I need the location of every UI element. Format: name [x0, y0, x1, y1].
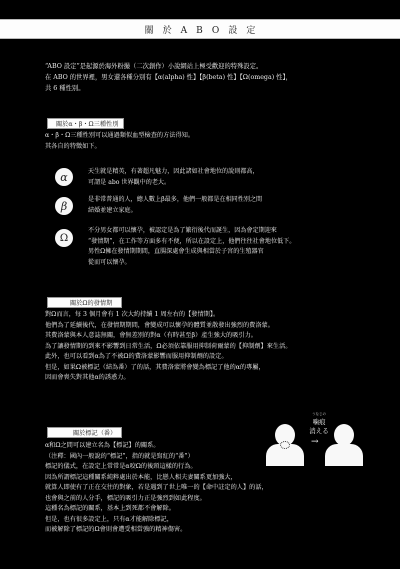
arrow-right-icon: →	[311, 437, 319, 447]
figure-caption-small: うなじの	[308, 412, 330, 417]
section-genders-text: α・β・Ω三種性別可以通過類似血型檢查的方法得知。 其各自的特徵如下。	[45, 131, 385, 152]
text-line: 可謂是 abo 世界觀中的老大。	[88, 178, 388, 189]
intro-line: 共 6 種性別。	[45, 83, 385, 94]
text-line: 就算人即使有了正在交往的對象，若是遇到了世上唯一的【命中註定的人】的話，	[45, 483, 385, 494]
omega-description: 不分男女都可以懷孕，被認定是為了繁衍後代而誕生，因為會定期迎來 “發情期”，在工…	[88, 226, 388, 268]
title-banner: 關於ABO設定	[0, 19, 400, 39]
text-line: 他們為了延續後代，在發情期期間，會變成可以懷孕的體質並散發出強烈的費洛蒙。	[45, 321, 385, 332]
beta-description: 是非常普通的人，總人數上β最多，他們一般都是在相同性別之間 結婚並建立家庭。	[88, 195, 388, 216]
text-line: 為了讓發情期的到來不影響到日常生活，Ω必須依靠服用抑制荷爾蒙的【抑制劑】來生活。	[45, 342, 385, 353]
section-heading-genders: 關於α・β・Ω三種性別	[47, 118, 124, 129]
beta-symbol-icon: β	[55, 197, 73, 215]
section-heading-label: 關於Ω的發情期	[70, 300, 112, 307]
bite-mark-icon	[280, 441, 290, 449]
text-line: 天生就是精英，有著超凡魅力，因此諸如社會地位的說則都高，	[88, 167, 388, 178]
text-line: 因為所謂標記這種關系純粹處出於本能，比戀人相夫妻關系更加強大，	[45, 473, 385, 484]
text-line: 男性Ω擁在發情期期間，直腸深處會生成與相當於子宮的生殖器官	[88, 247, 388, 258]
section-heading-heat: 關於Ω的發情期	[47, 297, 122, 308]
text-line: 是非常普通的人，總人數上β最多，他們一般都是在相同性別之間	[88, 195, 388, 206]
text-line: 其費洛蒙與本人意誌無關，會無差別的對α（有時甚至β）產生強大的吸引力。	[45, 331, 385, 342]
person-with-bite-mark-icon	[266, 424, 304, 466]
text-line: 但是，如果Ω被標記（結為番）了的話，其費洛蒙將會變為標記了他的α的專屬，	[45, 363, 385, 374]
section-heat-text: 對Ω而言，每 3 個月會有 1 次大約持續 1 周左右的【發情期】。 他們為了延…	[45, 310, 385, 384]
section-heading-label: 關於標記（番）	[73, 430, 116, 437]
text-line: 而被解除了標記的Ω會則會遭受相當強的精神傷害。	[45, 525, 385, 536]
omega-symbol-icon: Ω	[55, 229, 73, 247]
page-title: 關於ABO設定	[136, 23, 265, 36]
alpha-description: 天生就是精英，有著超凡魅力，因此諸如社會地位的說則都高， 可謂是 abo 世界觀…	[88, 167, 388, 188]
text-line: 結婚並建立家庭。	[88, 206, 388, 217]
text-line: 這種名為標記的關系，基本上到死都不會解除。	[45, 504, 385, 515]
text-line: 此外，也可以看到α為了不被Ω的費洛蒙影響而服用抑制劑的設定。	[45, 352, 385, 363]
text-line: 但是，也有很多設定上，只有α才能解除標記，	[45, 515, 385, 526]
alpha-symbol-icon: α	[55, 168, 73, 186]
text-line: 不分男女都可以懷孕，被認定是為了繁衍後代而誕生，因為會定期迎來	[88, 226, 388, 237]
section-heading-label: 關於α・β・Ω三種性別	[56, 121, 118, 128]
text-line: “發情期”，在工作等方面多有不便，所以在設定上，他們往往社會地位低下。	[88, 237, 388, 248]
intro-line: 在 ABO 的世界裡，男女還各種分別有【α(alpha) 性】【β(beta) …	[45, 72, 385, 83]
section-heading-mark: 關於標記（番）	[47, 427, 122, 438]
text-line: 從而可以懷孕。	[88, 258, 388, 269]
intro-line: “ABO 設定”是起源於海外粉撮（二次創作）小說網站上極受歡迎的特殊設定。	[45, 61, 385, 72]
text-line: α・β・Ω三種性別可以通過類似血型檢查的方法得知。	[45, 131, 385, 142]
person-icon	[325, 424, 363, 466]
text-line: 因而會喪失對其他α的誘惑力。	[45, 373, 385, 384]
intro-paragraph: “ABO 設定”是起源於海外粉撮（二次創作）小說網站上極受歡迎的特殊設定。 在 …	[45, 61, 385, 94]
text-line: 其各自的特徵如下。	[45, 142, 385, 153]
text-line: 對Ω而言，每 3 個月會有 1 次大約持續 1 周左右的【發情期】。	[45, 310, 385, 321]
text-line: 也會與之前的人分手，標記的吸引力正是強烈到如此程度。	[45, 494, 385, 505]
